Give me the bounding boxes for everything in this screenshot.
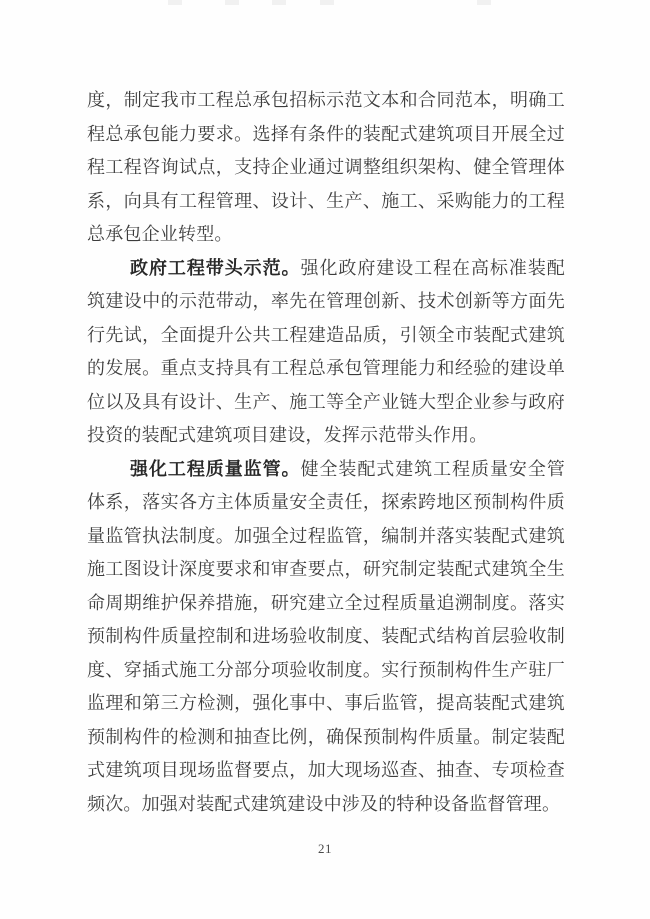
scan-artifact — [320, 0, 334, 5]
text-line: 的发展。重点支持具有工程总承包管理能力和经验的建设单 — [87, 352, 565, 386]
text-line: 体系，落实各方主体质量安全责任，探索跨地区预制构件质 — [87, 486, 565, 520]
scan-artifact — [272, 0, 286, 5]
text-line: 程工程咨询试点，支持企业通过调整组织架构、健全管理体 — [87, 151, 565, 185]
text-line: 行先试，全面提升公共工程建造品质，引领全市装配式建筑 — [87, 319, 565, 353]
text-line: 度，制定我市工程总承包招标示范文本和合同范本，明确工 — [87, 84, 565, 118]
page-number: 21 — [0, 841, 650, 857]
text-line: 施工图设计深度要求和审查要点，研究制定装配式建筑全生 — [87, 553, 565, 587]
text-line: 位以及具有设计、生产、施工等全产业链大型企业参与政府 — [87, 386, 565, 420]
text-line: 系，向具有工程管理、设计、生产、施工、采购能力的工程 — [87, 185, 565, 219]
text-line: 监理和第三方检测，强化事中、事后监管，提高装配式建筑 — [87, 687, 565, 721]
text-line: 命周期维护保养措施，研究建立全过程质量追溯制度。落实 — [87, 587, 565, 621]
paragraph-heading: 政府工程带头示范。 — [130, 258, 301, 278]
text-line: 预制构件质量控制和进场验收制度、装配式结构首层验收制 — [87, 620, 565, 654]
text-line: 度、穿插式施工分部分项验收制度。实行预制构件生产驻厂 — [87, 654, 565, 688]
document-page: 度，制定我市工程总承包招标示范文本和合同范本，明确工程总承包能力要求。选择有条件… — [0, 0, 650, 919]
paragraph-heading: 强化工程质量监管。 — [130, 459, 301, 479]
text-line: 筑建设中的示范带动，率先在管理创新、技术创新等方面先 — [87, 285, 565, 319]
scan-artifact — [168, 0, 182, 5]
text-line: 政府工程带头示范。强化政府建设工程在高标准装配建 — [87, 252, 565, 286]
scan-artifact — [477, 0, 491, 5]
text-line: 强化工程质量监管。健全装配式建筑工程质量安全管理 — [87, 453, 565, 487]
text-line: 总承包企业转型。 — [87, 218, 565, 252]
document-body: 度，制定我市工程总承包招标示范文本和合同范本，明确工程总承包能力要求。选择有条件… — [87, 84, 565, 821]
text-line: 投资的装配式建筑项目建设，发挥示范带头作用。 — [87, 419, 565, 453]
text-line: 预制构件的检测和抽查比例，确保预制构件质量。制定装配 — [87, 721, 565, 755]
scan-artifact — [225, 0, 239, 5]
text-line: 程总承包能力要求。选择有条件的装配式建筑项目开展全过 — [87, 118, 565, 152]
text-line: 式建筑项目现场监督要点，加大现场巡查、抽查、专项检查 — [87, 754, 565, 788]
text-line: 量监管执法制度。加强全过程监管，编制并落实装配式建筑 — [87, 520, 565, 554]
text-line: 频次。加强对装配式建筑建设中涉及的特种设备监督管理。 — [87, 788, 565, 822]
